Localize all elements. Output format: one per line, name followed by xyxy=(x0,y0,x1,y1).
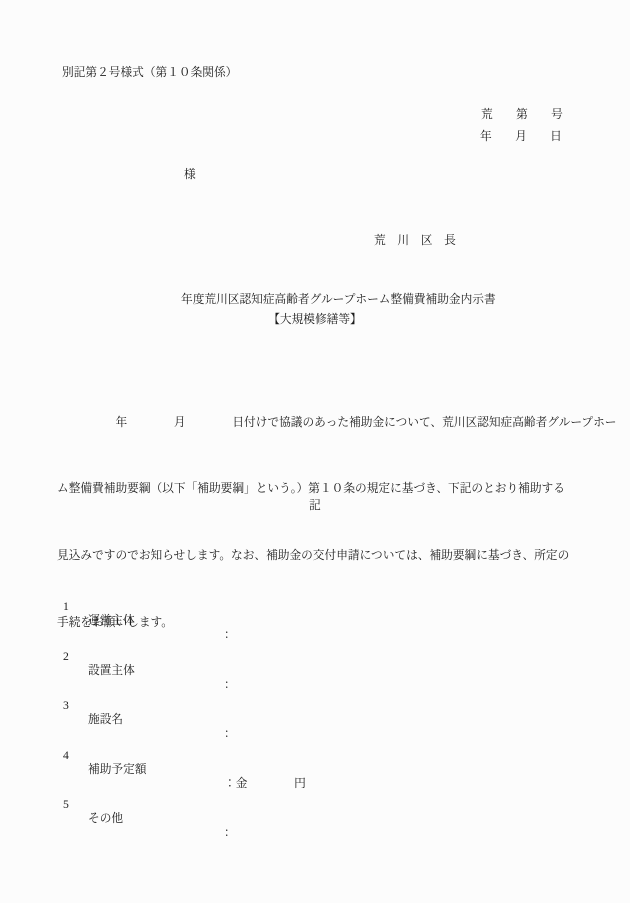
item-label: 設置主体 xyxy=(88,664,135,678)
ki-section-marker: 記 xyxy=(0,499,630,513)
issue-date-line: 年 月 日 xyxy=(480,130,562,144)
document-subtitle: 【大規模修繕等】 xyxy=(0,313,630,327)
body-line-2: ム整備費補助要綱（以下「補助要綱」という。）第１０条の規定に基づき、下記のとおり… xyxy=(57,478,579,500)
items-list: 1 運営主体 ： 2 設置主体 ： 3 施設名 ： 4 補助予定額 ：金 円 5… xyxy=(57,558,457,834)
body-line-1: 年 月 日付けで協議のあった補助金について、荒川区認知症高齢者グループホー xyxy=(57,412,579,434)
document-page: 別記第２号様式（第１０条関係） 荒 第 号 年 月 日 様 荒 川 区 長 年度… xyxy=(0,0,630,903)
item-label: 施設名 xyxy=(88,713,123,727)
list-item: 5 その他 ： xyxy=(57,784,457,806)
item-value: ： xyxy=(224,826,236,840)
item-number: 2 xyxy=(63,650,69,664)
item-number: 4 xyxy=(63,749,69,763)
form-number-label: 別記第２号様式（第１０条関係） xyxy=(62,66,237,80)
item-number: 1 xyxy=(63,600,69,614)
item-label: 補助予定額 xyxy=(88,763,146,777)
item-number: 3 xyxy=(63,699,69,713)
sender-mayor-line: 荒 川 区 長 xyxy=(374,234,456,248)
doc-number-line: 荒 第 号 xyxy=(481,108,563,122)
item-label: その他 xyxy=(88,812,123,826)
document-title: 年度荒川区認知症高齢者グループホーム整備費補助金内示書 xyxy=(0,293,630,307)
list-item: 2 設置主体 ： xyxy=(57,636,457,658)
list-item: 4 補助予定額 ：金 円 xyxy=(57,735,457,757)
addressee-honorific: 様 xyxy=(184,168,196,182)
list-item: 1 運営主体 ： xyxy=(57,586,457,608)
list-item: 3 施設名 ： xyxy=(57,685,457,707)
item-label: 運営主体 xyxy=(88,614,135,628)
item-number: 5 xyxy=(63,798,69,812)
